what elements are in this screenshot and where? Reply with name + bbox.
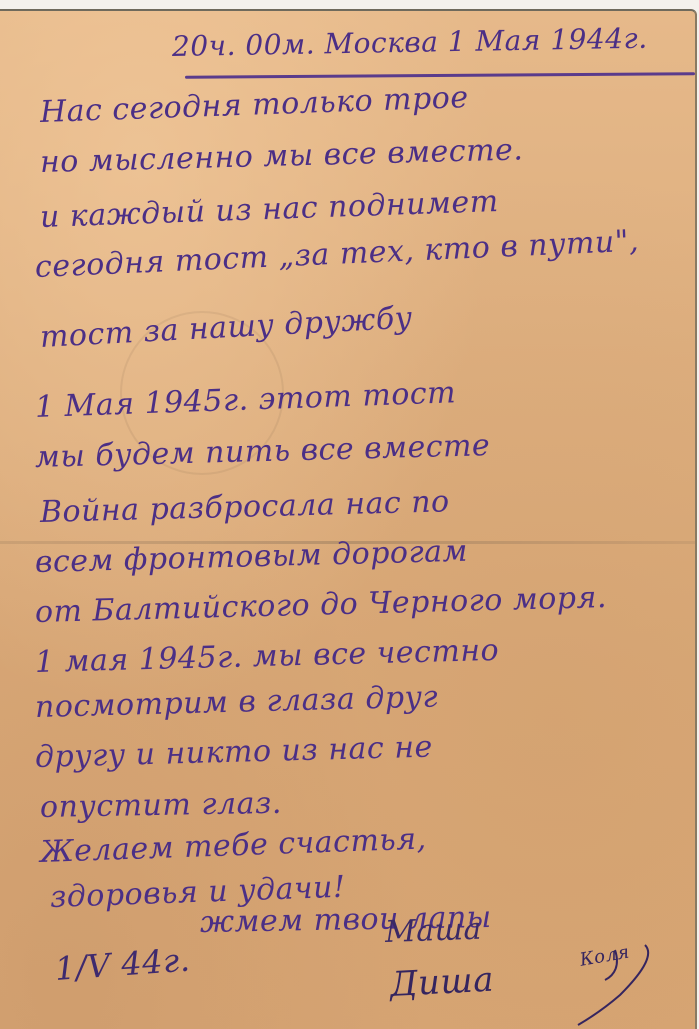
signature-masha: Маша: [384, 912, 482, 950]
signature-flourish-icon: [560, 930, 680, 1029]
letter-line: опустит глаз.: [40, 786, 282, 825]
signature-disha: Диша: [389, 960, 495, 1005]
